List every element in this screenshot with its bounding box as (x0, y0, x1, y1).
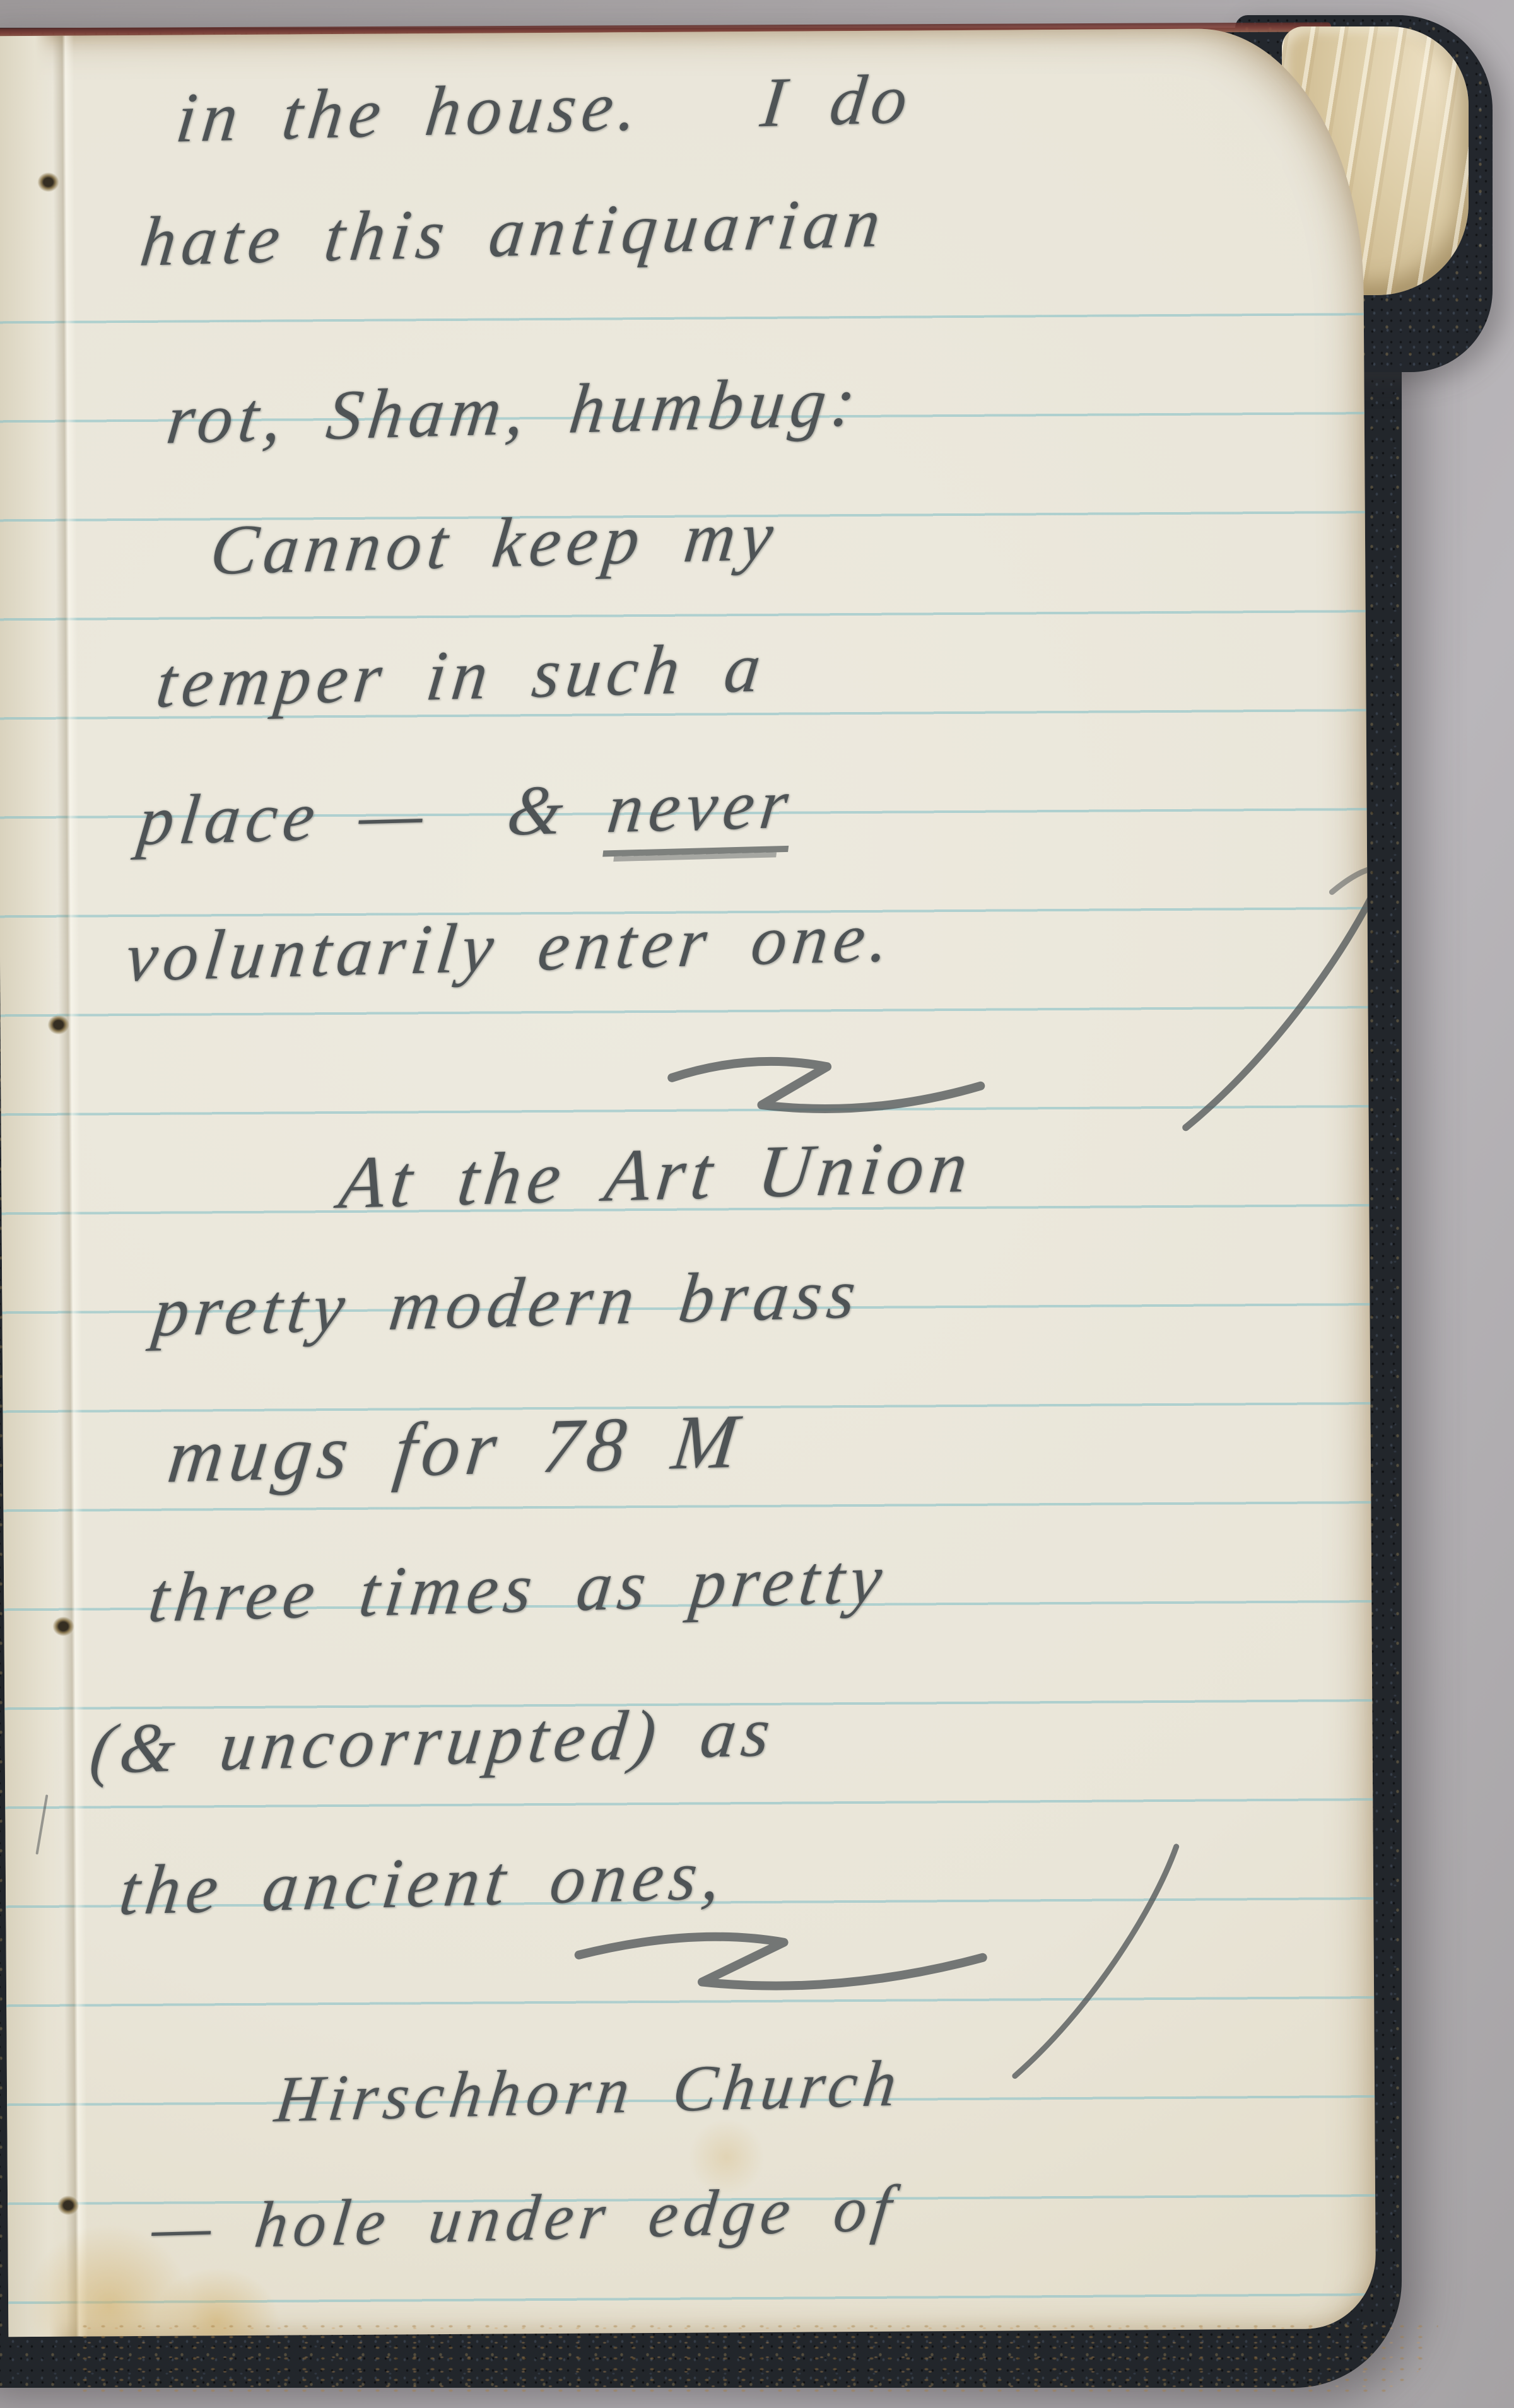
notebook-page: in the house. I do hate this antiquarian… (0, 28, 1376, 2337)
handwriting-line: mugs for 78 M (163, 1393, 748, 1505)
handwriting-segment: place — & (134, 769, 613, 860)
divider-flourish-icon (566, 1919, 1002, 2006)
stitch-hole (45, 1012, 73, 1037)
handwriting-line: (& uncorrupted) as (86, 1688, 780, 1794)
divider-flourish-icon (662, 1047, 997, 1128)
handwriting-line: pretty modern brass (149, 1249, 866, 1357)
handwriting-line: At the Art Union (335, 1119, 978, 1229)
handwriting-line: temper in such a (152, 623, 771, 728)
handwriting-line: place — & never (134, 759, 799, 865)
underlined-word: never (602, 764, 797, 856)
handwriting-line: the ancient ones, (115, 1831, 731, 1936)
handwriting-line: rot, Sham, humbug: (162, 357, 866, 464)
stitch-hole (34, 170, 62, 195)
handwriting-line: Hirschhorn Church (271, 2042, 906, 2141)
notebook-photo: in the house. I do hate this antiquarian… (0, 0, 1514, 2408)
pen-slash-flourish-icon (1110, 848, 1376, 1146)
stitch-hole (54, 2193, 82, 2218)
handwriting-line: Cannot keep my (206, 491, 783, 595)
handwriting-line: in the house. I do (172, 55, 917, 163)
stitch-hole (49, 1614, 77, 1639)
cover-worn-edge (76, 2321, 1438, 2395)
handwriting-line: hate this antiquarian (136, 178, 891, 286)
